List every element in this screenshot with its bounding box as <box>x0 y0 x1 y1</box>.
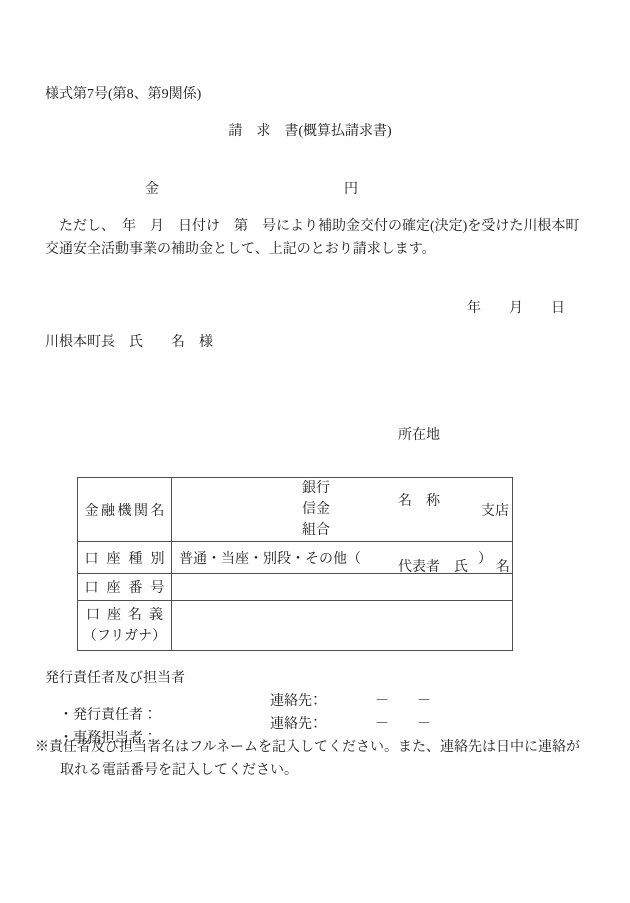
document-page: 様式第7号(第8、第9関係) 請 求 書(概算払請求書) 金 円 ただし、 年 … <box>0 0 630 903</box>
table-row-account-number: 口座番号 <box>78 574 513 601</box>
footer-heading: 発行責任者及び担当者 <box>45 672 185 686</box>
account-type-label: 口座種別 <box>85 552 173 567</box>
table-row-account-name: 口座名義 （フリガナ） <box>78 601 513 651</box>
financial-institution-value-cell: 銀行 信金 組合 支店 <box>172 478 513 542</box>
account-name-label-cell: 口座名義 （フリガナ） <box>78 601 172 651</box>
account-name-furigana-label: （フリガナ） <box>83 629 166 644</box>
issuer-contact: 連絡先： － － <box>270 695 431 709</box>
amount-unit-label: 円 <box>344 183 358 197</box>
account-number-label-cell: 口座番号 <box>78 574 172 601</box>
account-name-label: 口座名義 <box>86 608 170 623</box>
date-line: 年 月 日 <box>467 302 565 316</box>
body-paragraph-line2: 交通安全活動事業の補助金として、上記のとおり請求します。 <box>45 243 436 257</box>
clerk-contact: 連絡先： － － <box>270 718 431 732</box>
bank-type-bank: 銀行 <box>302 478 330 499</box>
applicant-address-label: 所在地 <box>398 425 510 447</box>
form-number: 様式第7号(第8、第9関係) <box>45 88 201 102</box>
account-name-value-cell <box>172 601 513 651</box>
account-type-close-paren: ） <box>478 548 492 568</box>
account-type-value-cell: 普通・当座・別段・その他（ ） <box>172 542 513 574</box>
account-number-value-cell <box>172 574 513 601</box>
branch-label: 支店 <box>481 500 509 520</box>
table-row-financial-institution: 金融機関名 銀行 信金 組合 支店 <box>78 478 513 542</box>
account-type-options: 普通・当座・別段・その他（ <box>179 548 361 568</box>
amount-label: 金 <box>145 183 159 197</box>
account-number-label: 口座番号 <box>85 581 173 596</box>
note-line1: ※責任者及び担当者名はフルネームを記入してください。また、連絡先は日中に連絡が <box>35 741 580 755</box>
note-line2: 取れる電話番号を記入してください。 <box>60 764 298 778</box>
document-title: 請 求 書(概算払請求書) <box>0 125 620 139</box>
body-paragraph-line1: ただし、 年 月 日付け 第 号により補助金交付の確定(決定)を受けた川根本町 <box>45 220 579 234</box>
bank-account-table: 金融機関名 銀行 信金 組合 支店 口座種別 普通・当座・別段・その他（ ） <box>77 477 513 651</box>
addressee-line: 川根本町長 氏 名 様 <box>45 336 213 350</box>
table-row-account-type: 口座種別 普通・当座・別段・その他（ ） <box>78 542 513 574</box>
bank-type-kumiai: 組合 <box>302 520 330 541</box>
account-type-label-cell: 口座種別 <box>78 542 172 574</box>
bank-type-stack: 銀行 信金 組合 <box>146 478 486 541</box>
bank-type-shinkin: 信金 <box>302 499 330 520</box>
